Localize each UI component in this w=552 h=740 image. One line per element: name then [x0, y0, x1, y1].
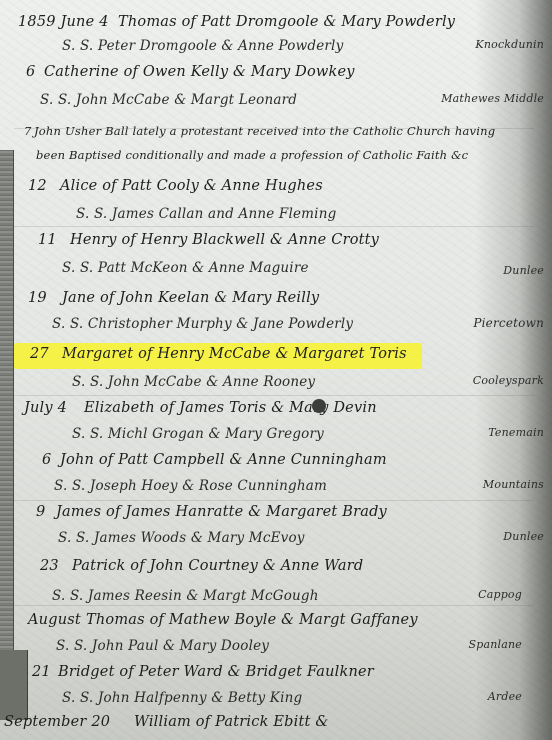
entry-text: S. S. Christopher Murphy & Jane Powderly — [52, 316, 353, 332]
entry-date: September 20 — [4, 714, 110, 730]
register-entry: 19 Jane of John Keelan & Mary Reilly — [0, 290, 552, 314]
entry-date: 1859 June 4 — [18, 14, 109, 30]
entry-text: Jane of John Keelan & Mary Reilly — [62, 290, 319, 306]
entry-text: Catherine of Owen Kelly & Mary Dowkey — [44, 64, 355, 80]
sponsor-entry: S. S. John Halfpenny & Betty King Ardee — [0, 690, 552, 714]
entry-date: 7 — [24, 124, 32, 138]
townland: Mathewes Middle — [441, 92, 544, 105]
register-entry: 21 Bridget of Peter Ward & Bridget Faulk… — [0, 664, 552, 688]
townland: Dunlee — [503, 264, 544, 277]
entry-text: Bridget of Peter Ward & Bridget Faulkner — [58, 664, 374, 680]
entry-text: Alice of Patt Cooly & Anne Hughes — [60, 178, 323, 194]
entry-text: Thomas of Mathew Boyle & Margt Gaffaney — [86, 612, 418, 628]
entry-text: James of James Hanratte & Margaret Brady — [56, 504, 387, 520]
entry-text: John Usher Ball lately a protestant rece… — [34, 124, 495, 138]
entry-text: S. S. James Reesin & Margt McGough — [52, 588, 319, 604]
townland: Spanlane — [469, 638, 523, 651]
entry-date: 6 — [42, 452, 51, 468]
register-entry: 23 Patrick of John Courtney & Anne Ward — [0, 558, 552, 582]
townland: Knockdunin — [475, 38, 544, 51]
register-entry-highlighted: 27 Margaret of Henry McCabe & Margaret T… — [0, 346, 552, 370]
ink-blot — [312, 399, 326, 413]
townland: Piercetown — [473, 316, 544, 330]
entry-text: S. S. James Woods & Mary McEvoy — [58, 530, 305, 546]
entry-text: S. S. Joseph Hoey & Rose Cunningham — [54, 478, 327, 494]
townland: Cappog — [478, 588, 522, 601]
entry-text: S. S. John Halfpenny & Betty King — [62, 690, 302, 706]
entry-text: S. S. Peter Dromgoole & Anne Powderly — [62, 38, 343, 54]
entry-date: 19 — [28, 290, 47, 306]
entry-date: 12 — [28, 178, 47, 194]
register-entry: 6 Catherine of Owen Kelly & Mary Dowkey — [0, 64, 552, 88]
entry-text: Margaret of Henry McCabe & Margaret Tori… — [62, 346, 407, 362]
entry-text: S. S. John McCabe & Margt Leonard — [40, 92, 297, 108]
register-entry: August Thomas of Mathew Boyle & Margt Ga… — [0, 612, 552, 636]
register-entry: 11 Henry of Henry Blackwell & Anne Crott… — [0, 232, 552, 256]
entry-text: been Baptised conditionally and made a p… — [36, 148, 468, 162]
entry-text: S. S. Michl Grogan & Mary Gregory — [72, 426, 324, 442]
register-page-scan: 1859 June 4 Thomas of Patt Dromgoole & M… — [0, 0, 552, 740]
entry-date: 21 — [32, 664, 51, 680]
sponsor-entry: S. S. Christopher Murphy & Jane Powderly… — [0, 316, 552, 340]
entry-text: Thomas of Patt Dromgoole & Mary Powderly — [118, 14, 455, 30]
register-entry: 12 Alice of Patt Cooly & Anne Hughes — [0, 178, 552, 202]
entry-text: Henry of Henry Blackwell & Anne Crotty — [70, 232, 379, 248]
sponsor-entry: S. S. Michl Grogan & Mary Gregory Tenema… — [0, 426, 552, 450]
register-entry: 7 John Usher Ball lately a protestant re… — [0, 124, 552, 148]
register-entry-continued: been Baptised conditionally and made a p… — [0, 148, 552, 172]
sponsor-entry: S. S. John McCabe & Margt Leonard Mathew… — [0, 92, 552, 116]
register-entry: July 4 Elizabeth of James Toris & Mary D… — [0, 400, 552, 424]
entry-text: S. S. James Callan and Anne Fleming — [76, 206, 336, 222]
entry-date: 27 — [30, 346, 49, 362]
entry-text: S. S. John McCabe & Anne Rooney — [72, 374, 315, 390]
townland: Mountains — [483, 478, 544, 491]
sponsor-entry: S. S. James Callan and Anne Fleming — [0, 206, 552, 230]
townland: Dunlee — [503, 530, 544, 543]
sponsor-entry: S. S. John Paul & Mary Dooley Spanlane — [0, 638, 552, 662]
townland: Tenemain — [488, 426, 544, 439]
entry-date: 11 — [38, 232, 57, 248]
entry-text: S. S. Patt McKeon & Anne Maguire — [62, 260, 309, 276]
entry-text: John of Patt Campbell & Anne Cunningham — [60, 452, 387, 468]
entry-date: 6 — [26, 64, 35, 80]
entry-text: Patrick of John Courtney & Anne Ward — [72, 558, 363, 574]
entry-text: William of Patrick Ebitt & — [134, 714, 328, 730]
register-entry: September 20 William of Patrick Ebitt & — [0, 714, 552, 738]
sponsor-entry: S. S. John McCabe & Anne Rooney Cooleysp… — [0, 374, 552, 398]
townland: Cooleyspark — [473, 374, 544, 387]
register-entry: 6 John of Patt Campbell & Anne Cunningha… — [0, 452, 552, 476]
register-entry: 1859 June 4 Thomas of Patt Dromgoole & M… — [0, 14, 552, 38]
sponsor-entry: S. S. Patt McKeon & Anne Maguire Dunlee — [0, 260, 552, 284]
entry-text: Elizabeth of James Toris & Mary Devin — [84, 400, 377, 416]
entry-text: S. S. John Paul & Mary Dooley — [56, 638, 269, 654]
townland: Ardee — [488, 690, 522, 703]
sponsor-entry: S. S. James Woods & Mary McEvoy Dunlee — [0, 530, 552, 554]
entry-date: July 4 — [24, 400, 67, 416]
sponsor-entry: S. S. Joseph Hoey & Rose Cunningham Moun… — [0, 478, 552, 502]
entry-date: 9 — [36, 504, 45, 520]
sponsor-entry: S. S. James Reesin & Margt McGough Cappo… — [0, 588, 552, 612]
sponsor-entry: S. S. Peter Dromgoole & Anne Powderly Kn… — [0, 38, 552, 62]
entry-date: 23 — [40, 558, 59, 574]
register-entry: 9 James of James Hanratte & Margaret Bra… — [0, 504, 552, 528]
entry-date: August — [28, 612, 81, 628]
